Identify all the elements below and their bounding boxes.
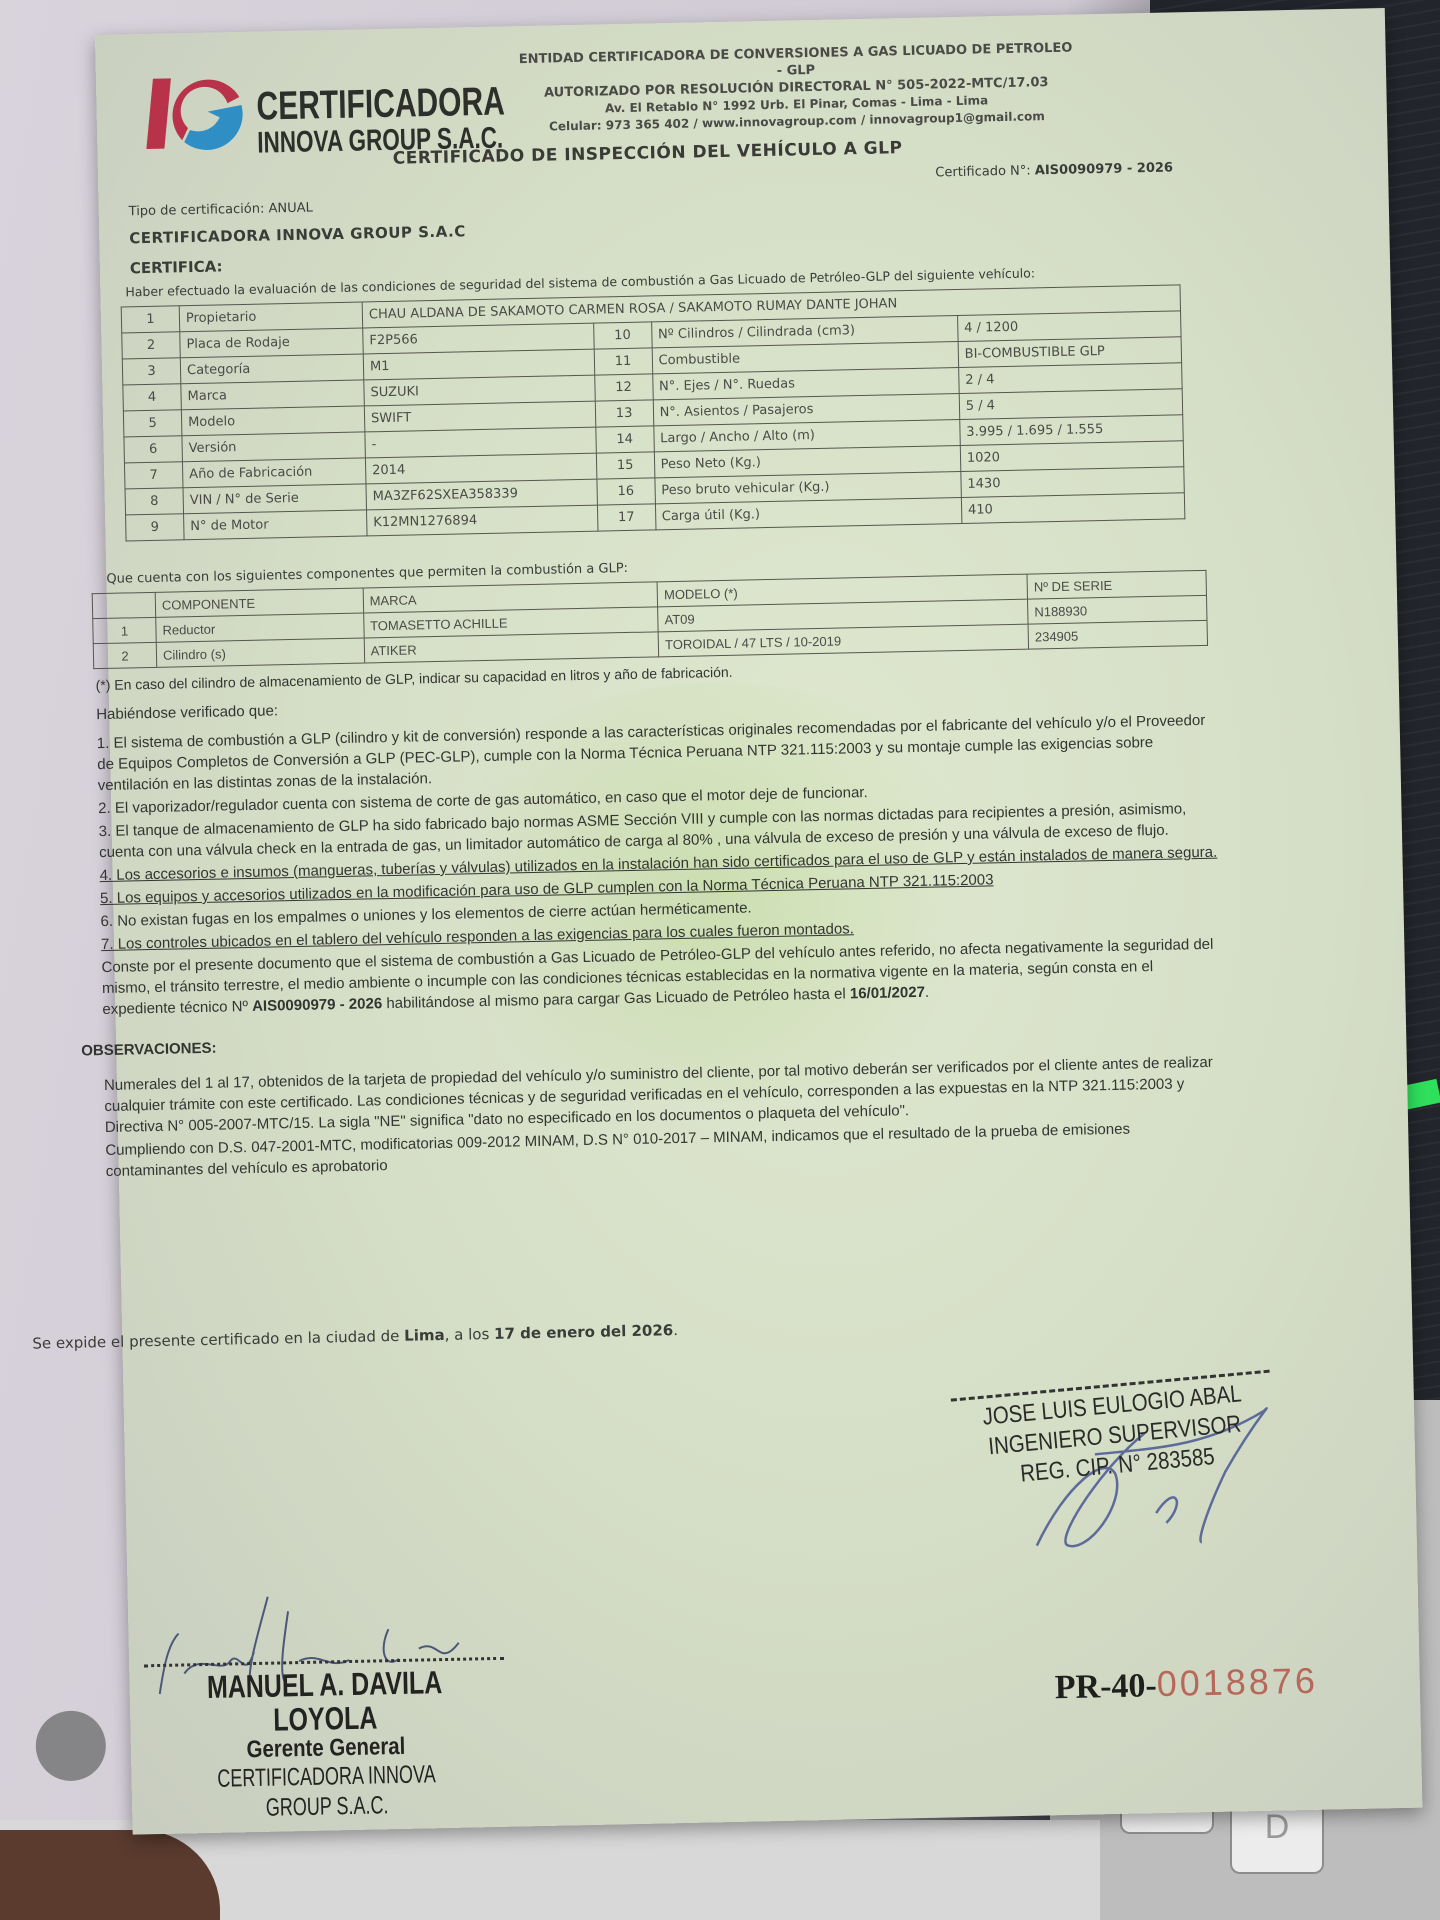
serial-value: 0018876 [1156, 1660, 1318, 1704]
serial-prefix: PR-40- [1054, 1667, 1157, 1706]
field-label: Carga útil (Kg.) [655, 497, 962, 529]
field-label: Propietario [179, 302, 363, 332]
field-label: Modelo [181, 406, 365, 436]
table-cell: 234905 [1028, 620, 1207, 649]
row-number: 15 [596, 452, 655, 479]
field-value: 410 [961, 493, 1185, 524]
row-number: 12 [594, 374, 653, 401]
issue-statement: Se expide el presente certificado en la … [32, 1321, 678, 1353]
issue-text: Se expide el presente certificado en la … [32, 1327, 404, 1353]
components-table: COMPONENTEMARCAMODELO (*)Nº DE SERIE 1Re… [92, 570, 1208, 669]
manager-company: CERTIFICADORA INNOVA GROUP S.A.C. [197, 1759, 457, 1824]
certificate-body: (*) En caso del cilindro de almacenamien… [73, 652, 1223, 1185]
row-number: 17 [597, 504, 656, 531]
field-label: Marca [181, 380, 365, 410]
certifica-heading: CERTIFICA: [130, 257, 223, 277]
row-number: 16 [597, 478, 656, 505]
manager-name: MANUEL A. DAVILA LOYOLA [184, 1665, 466, 1739]
table-cell: ATIKER [364, 632, 659, 663]
field-label: Placa de Rodaje [180, 328, 364, 358]
row-number: 5 [123, 410, 182, 437]
table-cell: 1 [93, 617, 157, 643]
field-label: Categoría [180, 354, 364, 384]
manager-signature-block: MANUEL A. DAVILA LOYOLA Gerente General … [144, 1657, 507, 1826]
logo-line-1: CERTIFICADORA [256, 81, 505, 126]
conste-text: . [925, 984, 930, 1001]
verified-list: 1. El sistema de combustión a GLP (cilin… [75, 710, 1219, 956]
company-name: CERTIFICADORA INNOVA GROUP S.A.C [129, 222, 466, 247]
certificate-document: CERTIFICADORA INNOVA GROUP S.A.C. ENTIDA… [95, 8, 1422, 1835]
row-number: 3 [122, 358, 181, 385]
row-number: 10 [593, 322, 652, 349]
field-label: Versión [182, 432, 366, 462]
row-number: 14 [595, 426, 654, 453]
issue-text: . [673, 1321, 678, 1339]
expediente-number: AIS0090979 - 2026 [252, 995, 382, 1015]
field-label: Año de Fabricación [182, 458, 366, 488]
field-label: N° de Motor [184, 510, 368, 540]
row-number: 4 [123, 384, 182, 411]
row-number: 13 [595, 400, 654, 427]
certification-type: Tipo de certificación: ANUAL [129, 200, 313, 219]
row-number: 7 [124, 462, 183, 489]
vehicle-table: 1 Propietario CHAU ALDANA DE SAKAMOTO CA… [121, 284, 1186, 541]
row-number: 1 [121, 306, 180, 333]
issue-date: 17 de enero del 2026 [494, 1321, 674, 1343]
issuer-header: ENTIDAD CERTIFICADORA DE CONVERSIONES A … [515, 39, 1077, 136]
row-number: 8 [125, 488, 184, 515]
row-number: 2 [122, 332, 181, 359]
column-header [92, 592, 156, 618]
table-cell: Cilindro (s) [156, 638, 364, 667]
row-number: 11 [594, 348, 653, 375]
row-number: 9 [126, 514, 185, 541]
issue-city: Lima [404, 1326, 445, 1345]
certificate-number-value: AIS0090979 - 2026 [1035, 160, 1174, 178]
issue-text: , a los [444, 1325, 494, 1344]
field-value: K12MN1276894 [367, 505, 598, 536]
certificate-number: Certificado N°: AIS0090979 - 2026 [935, 160, 1173, 180]
ig-logo-icon [141, 67, 253, 159]
stamp-mark [35, 1710, 106, 1781]
table-cell: N188930 [1028, 595, 1207, 624]
certificate-number-label: Certificado N°: [935, 163, 1035, 180]
row-number: 6 [124, 436, 183, 463]
table-cell: 2 [93, 642, 157, 668]
column-header: Nº DE SERIE [1027, 570, 1206, 599]
valid-until-date: 16/01/2027 [850, 984, 925, 1003]
serial-number: PR-40-0018876 [1054, 1660, 1318, 1708]
field-label: VIN / N° de Serie [183, 484, 367, 514]
